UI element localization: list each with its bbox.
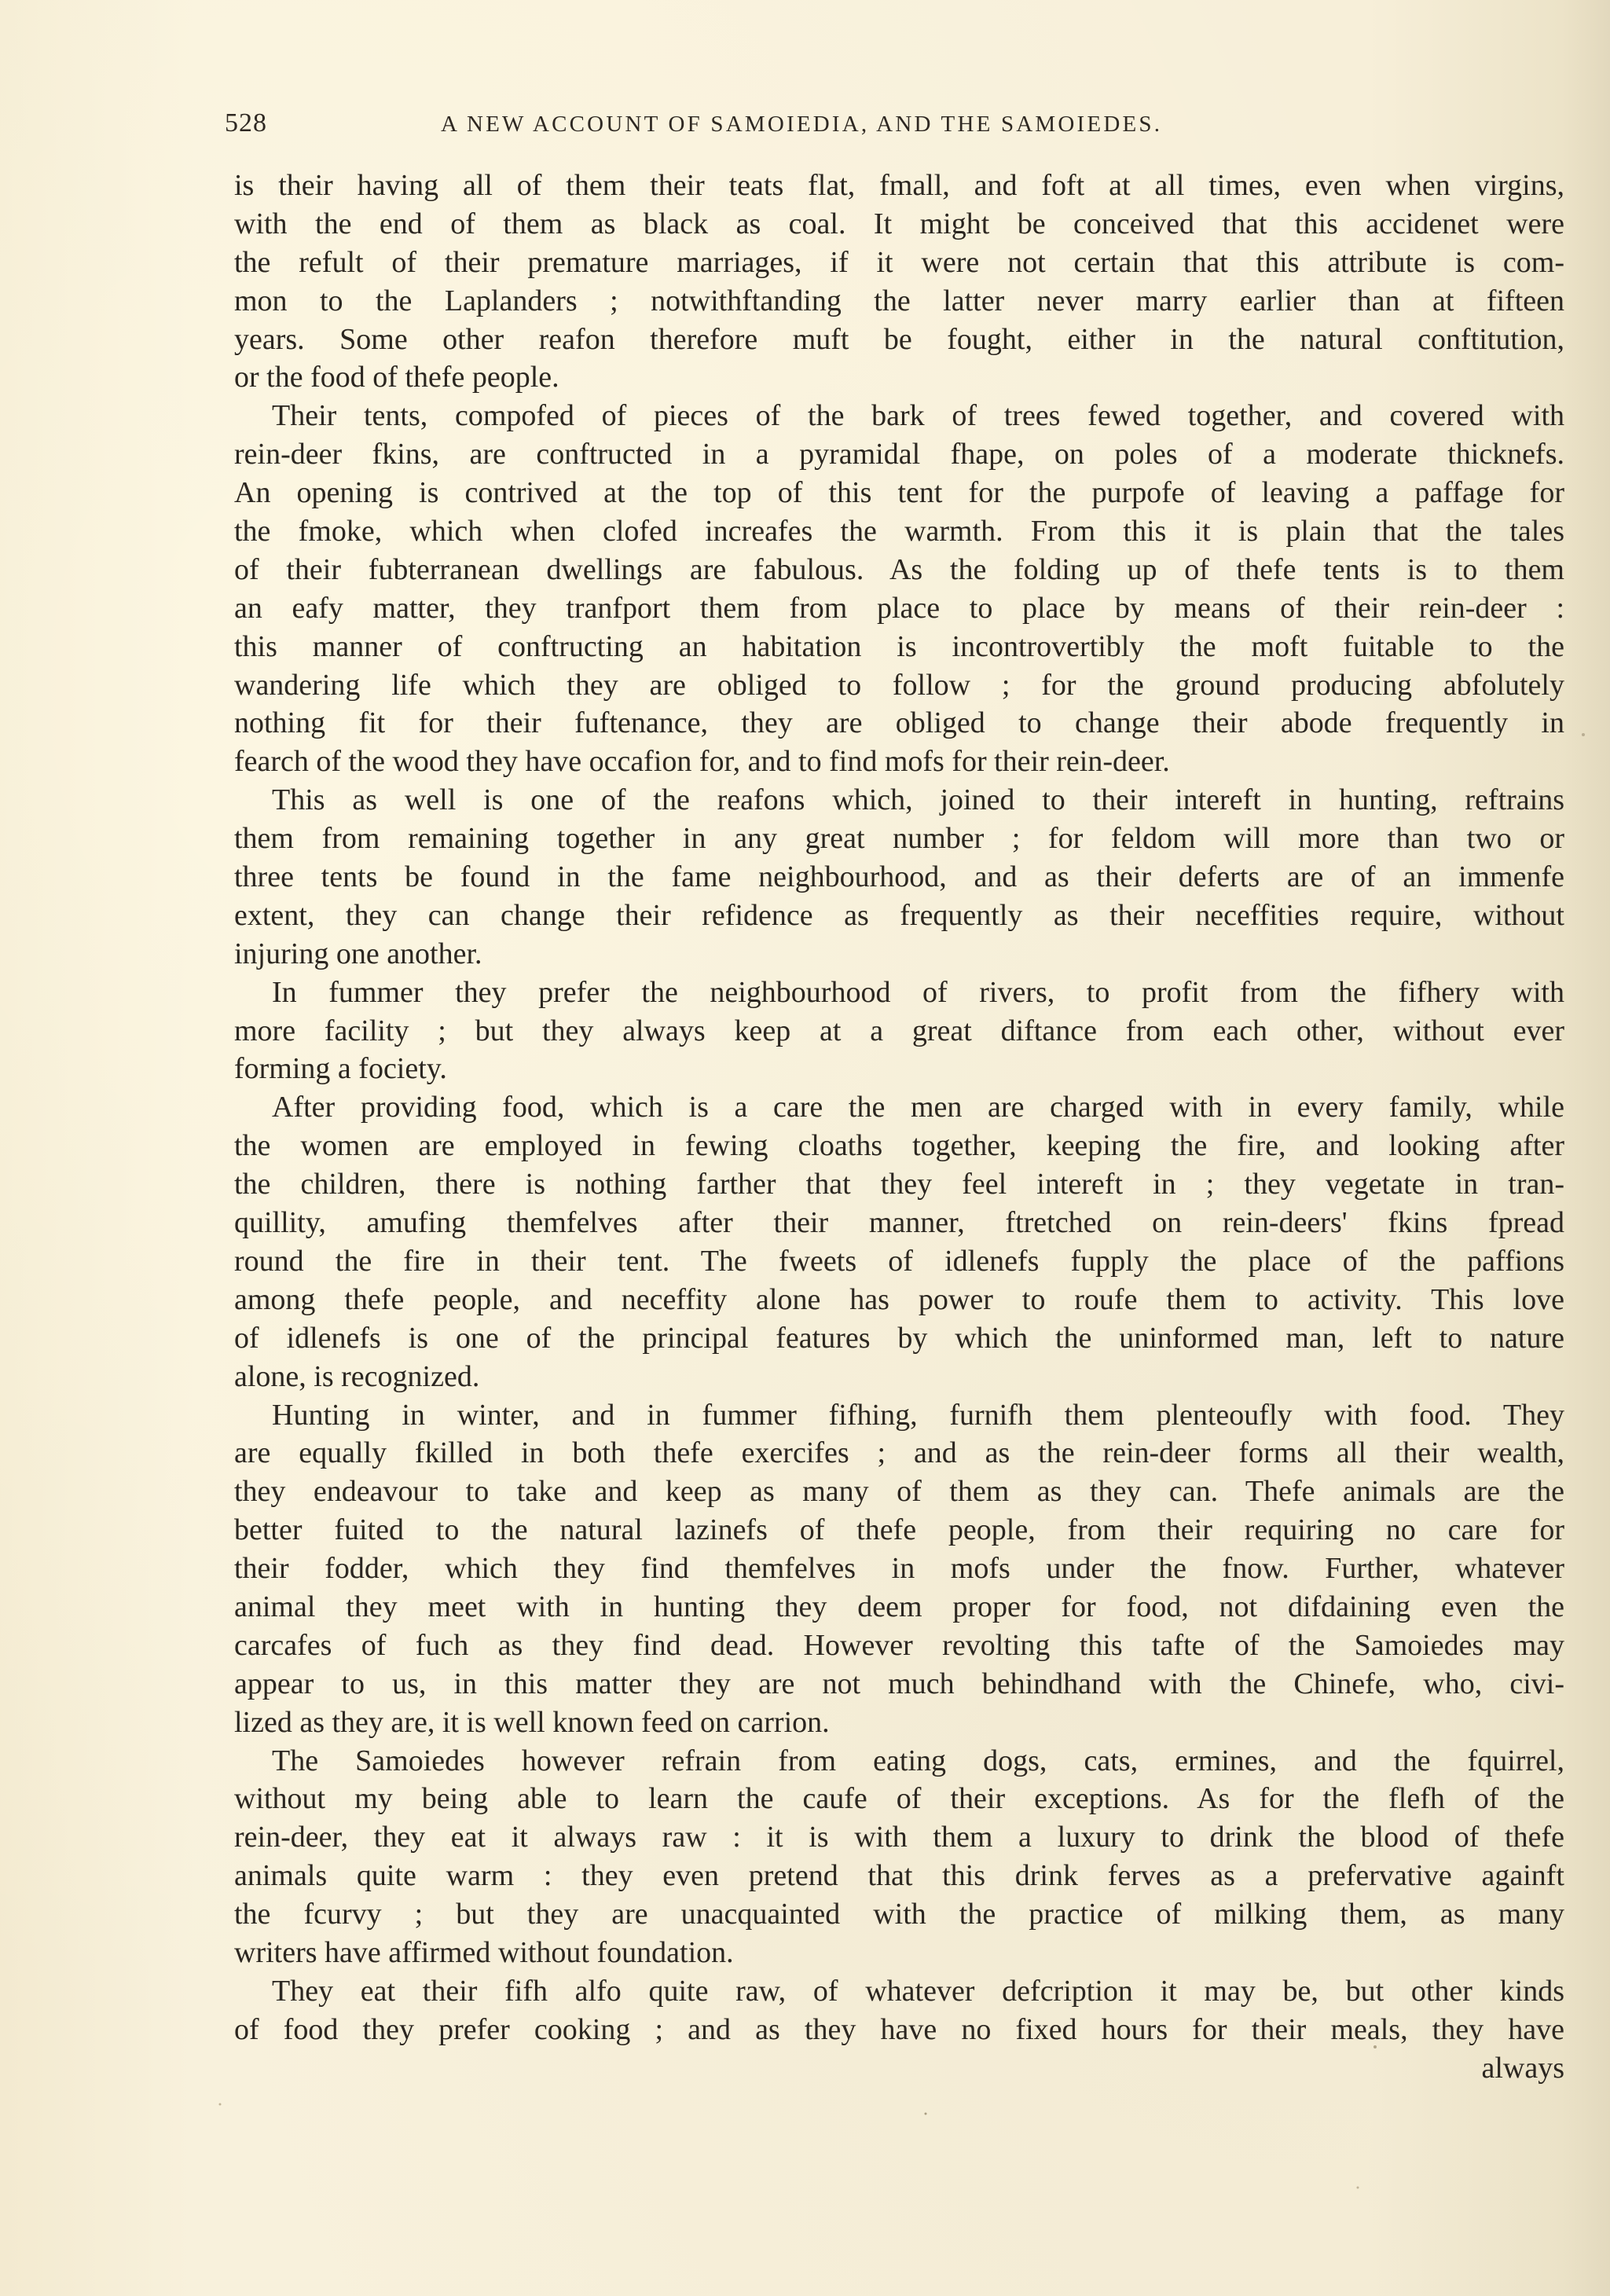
paragraph: Hunting in winter, and in fummer fifhing…	[234, 1396, 1564, 1742]
text-line: them from remaining together in any grea…	[234, 820, 1564, 858]
text-line: wandering life which they are obliged to…	[234, 666, 1564, 705]
text-line: extent, they can change their refidence …	[234, 897, 1564, 935]
text-line: the fcurvy ; but they are unacquainted w…	[234, 1895, 1564, 1934]
text-line: the fmoke, which when clofed increafes t…	[234, 512, 1564, 551]
running-head: 528 A NEW ACCOUNT OF SAMOIEDIA, AND THE …	[225, 108, 1564, 148]
text-line: carcafes of fuch as they find dead. Howe…	[234, 1627, 1564, 1665]
page-number: 528	[225, 108, 267, 138]
text-line: The Samoiedes however refrain from eatin…	[234, 1742, 1564, 1781]
text-line: of food they prefer cooking ; and as the…	[234, 2011, 1564, 2049]
text-line: appear to us, in this matter they are no…	[234, 1665, 1564, 1704]
text-line: writers have affirmed without foundation…	[234, 1934, 1564, 1972]
text-line: Their tents, compofed of pieces of the b…	[234, 397, 1564, 435]
text-line: they endeavour to take and keep as many …	[234, 1473, 1564, 1511]
text-line: with the end of them as black as coal. I…	[234, 205, 1564, 244]
paragraph: After providing food, which is a care th…	[234, 1088, 1564, 1396]
text-line: the refult of their premature marriages,…	[234, 244, 1564, 282]
text-line: fearch of the wood they have occafion fo…	[234, 743, 1564, 781]
text-line: round the fire in their tent. The fweets…	[234, 1242, 1564, 1281]
text-line: After providing food, which is a care th…	[234, 1088, 1564, 1127]
paragraph: Their tents, compofed of pieces of the b…	[234, 397, 1564, 781]
text-line: the women are employed in fewing cloaths…	[234, 1127, 1564, 1165]
text-line: years. Some other reafon therefore muft …	[234, 321, 1564, 359]
text-line: or the food of thefe people.	[234, 358, 1564, 397]
text-line: quillity, amufing themfelves after their…	[234, 1204, 1564, 1242]
paragraph: This as well is one of the reafons which…	[234, 781, 1564, 973]
body-text: is their having all of them their teats …	[234, 167, 1564, 2088]
paragraph: The Samoiedes however refrain from eatin…	[234, 1742, 1564, 1972]
text-line: animals quite warm : they even pretend t…	[234, 1857, 1564, 1895]
text-line: more facility ; but they always keep at …	[234, 1012, 1564, 1051]
text-line: better fuited to the natural lazinefs of…	[234, 1511, 1564, 1550]
text-line: is their having all of them their teats …	[234, 167, 1564, 205]
text-line: nothing fit for their fuftenance, they a…	[234, 704, 1564, 743]
running-title: A NEW ACCOUNT OF SAMOIEDIA, AND THE SAMO…	[441, 112, 1162, 138]
book-page: 528 A NEW ACCOUNT OF SAMOIEDIA, AND THE …	[0, 0, 1610, 2296]
text-line: rein-deer, they eat it always raw : it i…	[234, 1818, 1564, 1857]
text-line: mon to the Laplanders ; notwithftanding …	[234, 282, 1564, 321]
text-line: among thefe people, and neceffity alone …	[234, 1281, 1564, 1319]
text-line: injuring one another.	[234, 935, 1564, 974]
text-line: are equally fkilled in both thefe exerci…	[234, 1434, 1564, 1473]
text-line: They eat their fifh alfo quite raw, of w…	[234, 1972, 1564, 2011]
text-line: This as well is one of the reafons which…	[234, 781, 1564, 820]
text-line: forming a fociety.	[234, 1050, 1564, 1088]
paragraph: In fummer they prefer the neighbourhood …	[234, 974, 1564, 1089]
text-line: of their fubterranean dwellings are fabu…	[234, 551, 1564, 589]
text-line: animal they meet with in hunting they de…	[234, 1588, 1564, 1627]
text-line: rein-deer fkins, are conftructed in a py…	[234, 435, 1564, 474]
text-line: lized as they are, it is well known feed…	[234, 1704, 1564, 1742]
text-line: of idlenefs is one of the principal feat…	[234, 1319, 1564, 1358]
text-line: without my being able to learn the caufe…	[234, 1780, 1564, 1818]
text-line: alone, is recognized.	[234, 1358, 1564, 1396]
paragraph: is their having all of them their teats …	[234, 167, 1564, 397]
text-line: the children, there is nothing farther t…	[234, 1165, 1564, 1204]
text-line: three tents be found in the fame neighbo…	[234, 858, 1564, 897]
text-line: an eafy matter, they tranfport them from…	[234, 589, 1564, 628]
text-line: this manner of conftructing an habitatio…	[234, 628, 1564, 666]
paragraph: They eat their fifh alfo quite raw, of w…	[234, 1972, 1564, 2049]
text-line: their fodder, which they find themfelves…	[234, 1550, 1564, 1588]
text-line: An opening is contrived at the top of th…	[234, 474, 1564, 512]
text-line: In fummer they prefer the neighbourhood …	[234, 974, 1564, 1012]
text-line: Hunting in winter, and in fummer fifhing…	[234, 1396, 1564, 1435]
catchword: always	[234, 2049, 1564, 2088]
